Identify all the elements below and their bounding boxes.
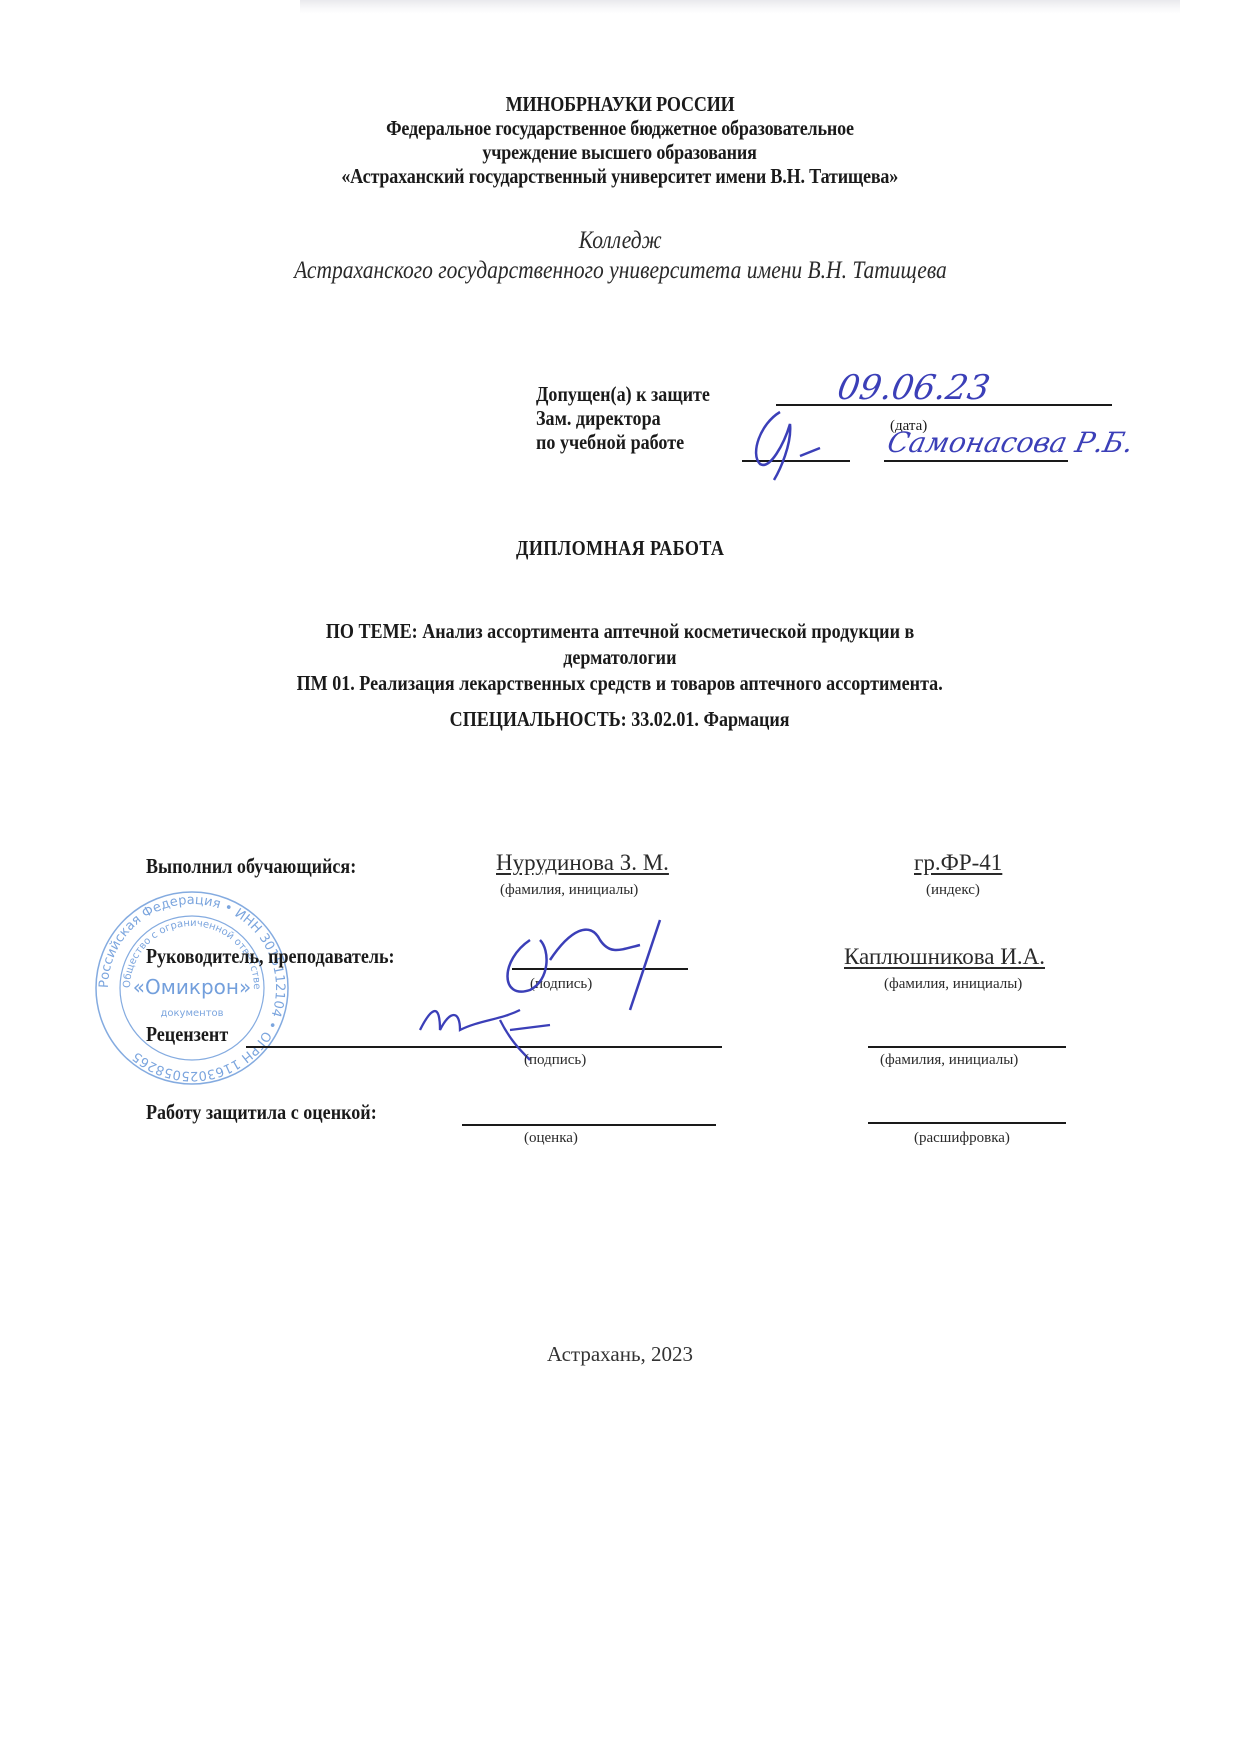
topic-block: ПО ТЕМЕ: Анализ ассортимента аптечной ко… (0, 618, 1240, 732)
svg-text:документов: документов (160, 1008, 223, 1019)
topic-line-1: ПО ТЕМЕ: Анализ ассортимента аптечной ко… (326, 618, 914, 644)
deputy-name-handwritten: Самонасова Р.Б. (884, 426, 1136, 459)
topic-line-2: дерматологии (563, 644, 676, 670)
college-line-1: Колледж (579, 226, 662, 256)
deputy-label-1: Зам. директора (536, 406, 661, 430)
admitted-date-handwritten: 09.06.23 (834, 368, 992, 408)
document-title: ДИПЛОМНАЯ РАБОТА (0, 536, 1240, 561)
grade-caption: (оценка) (524, 1130, 578, 1147)
module-line: ПМ 01. Реализация лекарственных средств … (297, 670, 943, 696)
student-label: Выполнил обучающийся: (146, 854, 390, 879)
supervisor-name-caption: (фамилия, инициалы) (884, 976, 1022, 993)
reviewer-name-caption: (фамилия, инициалы) (880, 1052, 1018, 1069)
student-group-caption: (индекс) (926, 882, 980, 899)
university-name: «Астраханский государственный университе… (342, 164, 899, 188)
institution-type-line-2: учреждение высшего образования (483, 140, 757, 164)
organization-stamp-icon: Российская Федерация • ИНН 3015112104 • … (92, 888, 292, 1088)
ministry-line: МИНОБРНАУКИ РОССИИ (506, 92, 735, 116)
reviewer-label: Рецензент (146, 1022, 242, 1047)
specialty-line: СПЕЦИАЛЬНОСТЬ: 33.02.01. Фармация (450, 706, 790, 732)
decoding-caption: (расшифровка) (914, 1130, 1010, 1147)
grade-line (462, 1124, 716, 1126)
student-group: гр.ФР-41 (914, 850, 1002, 876)
scan-shadow (300, 0, 1180, 14)
deputy-label-2: по учебной работе (536, 430, 684, 454)
city-year: Астрахань, 2023 (0, 1342, 1240, 1367)
institution-type-line-1: Федеральное государственное бюджетное об… (386, 116, 854, 140)
college-line-2: Астраханского государственного университ… (294, 256, 947, 286)
reviewer-name-line (868, 1046, 1066, 1048)
supervisor-label: Руководитель, преподаватель: (146, 944, 435, 969)
deputy-name-line (884, 460, 1068, 462)
decoding-line (868, 1122, 1066, 1124)
deputy-signature-icon (740, 404, 850, 484)
college-header: Колледж Астраханского государственного у… (0, 226, 1240, 286)
admitted-label: Допущен(а) к защите (536, 382, 710, 406)
student-name: Нурудинова З. М. (496, 850, 669, 876)
svg-text:«Омикрон»: «Омикрон» (133, 975, 251, 999)
supervisor-name: Каплюшникова И.А. (844, 944, 1045, 970)
approval-block: Допущен(а) к защите Зам. директора по уч… (536, 382, 738, 454)
defense-label: Работу защитила с оценкой: (146, 1100, 414, 1125)
reviewer-signature-caption: (подпись) (524, 1052, 586, 1069)
ministry-header: МИНОБРНАУКИ РОССИИ Федеральное государст… (0, 92, 1240, 188)
student-name-caption: (фамилия, инициалы) (500, 882, 638, 899)
